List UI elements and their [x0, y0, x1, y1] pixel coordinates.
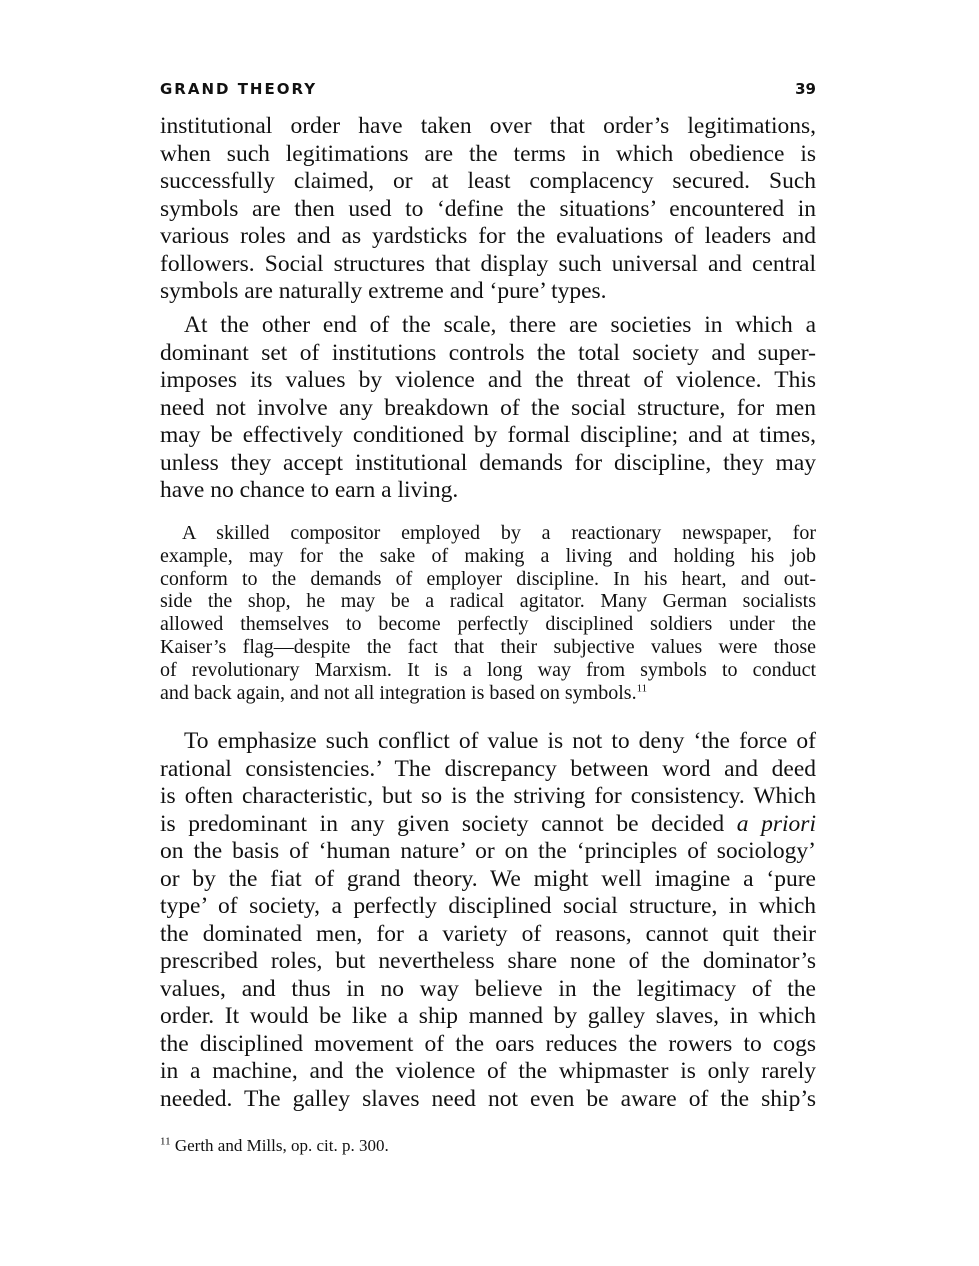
text-line: or by the fiat of grand theory. We might… [160, 866, 816, 894]
text-line: is often characteristic, but so is the s… [160, 783, 816, 811]
text-line: side the shop, he may be a radical agita… [160, 590, 816, 613]
text-line: A skilled compositor employed by a react… [160, 522, 816, 545]
footnote-text: Gerth and Mills, op. cit. p. 300. [171, 1136, 389, 1155]
text-line: the dominated men, for a variety of reas… [160, 921, 816, 949]
text-line: dominant set of institutions controls th… [160, 340, 816, 368]
text-line: type’ of society, a perfectly discipline… [160, 893, 816, 921]
footnote-number: 11 [160, 1135, 171, 1147]
text-line: order. It would be like a ship manned by… [160, 1003, 816, 1031]
text-line: imposes its values by violence and the t… [160, 367, 816, 395]
paragraph-3: To emphasize such conflict of value is n… [160, 728, 816, 1113]
text-line: values, and thus in no way believe in th… [160, 976, 816, 1004]
text-line: of revolutionary Marxism. It is a long w… [160, 659, 816, 682]
text-line: symbols are then used to ‘define the sit… [160, 196, 816, 224]
footnote-reference[interactable]: 11 [637, 682, 648, 694]
page-number: 39 [795, 80, 816, 98]
footnote: 11 Gerth and Mills, op. cit. p. 300. [160, 1136, 389, 1156]
text-line: At the other end of the scale, there are… [160, 312, 816, 340]
text-line: may be effectively conditioned by formal… [160, 422, 816, 450]
text-line: example, may for the sake of making a li… [160, 545, 816, 568]
text-line-content: and back again, and not all integration … [160, 682, 637, 704]
block-quote: A skilled compositor employed by a react… [160, 522, 816, 704]
text-line: rational consistencies.’ The discrepancy… [160, 756, 816, 784]
text-line: followers. Social structures that displa… [160, 251, 816, 279]
text-line: need not involve any breakdown of the so… [160, 395, 816, 423]
text-line: needed. The galley slaves need not even … [160, 1086, 816, 1114]
text-line-content: is predominant in any given society cann… [160, 811, 737, 837]
text-line: the disciplined movement of the oars red… [160, 1031, 816, 1059]
text-line: To emphasize such conflict of value is n… [160, 728, 816, 756]
text-line: on the basis of ‘human nature’ or on the… [160, 838, 816, 866]
text-line: prescribed roles, but nevertheless share… [160, 948, 816, 976]
text-line: when such legitimations are the terms in… [160, 141, 816, 169]
text-line: is predominant in any given society cann… [160, 811, 816, 839]
text-line: have no chance to earn a living. [160, 477, 816, 505]
book-page: GRAND THEORY 39 institutional order have… [0, 0, 979, 1266]
text-line: symbols are naturally extreme and ‘pure’… [160, 278, 816, 306]
text-line: various roles and as yardsticks for the … [160, 223, 816, 251]
text-line: Kaiser’s flag—despite the fact that thei… [160, 636, 816, 659]
text-line: successfully claimed, or at least compla… [160, 168, 816, 196]
text-line: in a machine, and the violence of the wh… [160, 1058, 816, 1086]
running-title: GRAND THEORY [160, 80, 317, 98]
text-line: institutional order have taken over that… [160, 113, 816, 141]
running-head: GRAND THEORY 39 [160, 80, 816, 104]
italic-term: a priori [737, 811, 816, 837]
text-line: conform to the demands of employer disci… [160, 568, 816, 591]
paragraph-2: At the other end of the scale, there are… [160, 312, 816, 505]
text-line: unless they accept institutional demands… [160, 450, 816, 478]
text-line: allowed themselves to become perfectly d… [160, 613, 816, 636]
text-line: and back again, and not all integration … [160, 682, 816, 705]
paragraph-1: institutional order have taken over that… [160, 113, 816, 306]
